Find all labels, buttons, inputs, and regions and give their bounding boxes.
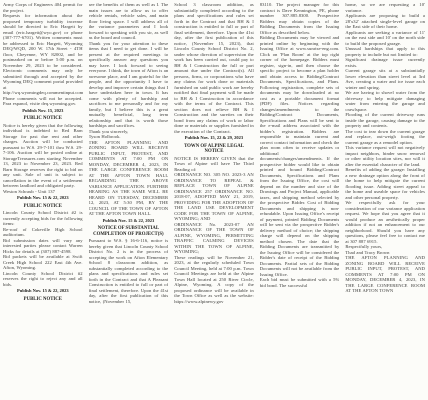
notice-column-5: home, so we are requesting a 10' varianc… xyxy=(345,2,425,398)
notice-paragraph: This variance request will not negativel… xyxy=(345,145,425,167)
notice-paragraph: Thank you for your attention to these it… xyxy=(89,41,169,129)
notice-column-4: 83110. The project manager for this cont… xyxy=(260,2,340,398)
notice-paragraph: We respectfully ask for your considerati… xyxy=(345,200,425,244)
notice-heading: PUBLIC NOTICE xyxy=(3,297,83,303)
notice-column-2: see the benefits of them as well as I. T… xyxy=(89,2,169,398)
notice-heading: TOWN OF ALPINE LEGAL NOTICE xyxy=(174,144,254,155)
notice-paragraph: Applicants are proposing to build a 28'x… xyxy=(345,13,425,30)
notice-heading: PUBLIC NOTICE xyxy=(3,116,83,122)
notice-paragraph: Bidding Documents may be viewed and prin… xyxy=(260,35,340,277)
notice-paragraph: School 3 classroom addition, as substant… xyxy=(174,2,254,134)
notice-paragraph: Weston Schraub - Unit 137 xyxy=(3,189,83,195)
notice-paragraph: 83110. The project manager for this cont… xyxy=(260,2,340,35)
notice-paragraph: The cost to tear down the current garage… xyxy=(345,129,425,146)
notice-paragraph: Requests for information about the propo… xyxy=(3,13,83,107)
notice-paragraph: Re-roof of Cokeville High School auditor… xyxy=(3,227,83,238)
notice-paragraph: Current garage sits at a substantially l… xyxy=(345,68,425,90)
notice-paragraph: Bid packets will be available at Swift C… xyxy=(3,254,83,271)
notice-paragraph: These readings will be November 21, 2023… xyxy=(174,255,254,305)
notice-paragraph: NOTICE IS HEREBY GIVEN that the Town of … xyxy=(174,156,254,173)
notice-paragraph: We are having to shovel water from the d… xyxy=(345,90,425,112)
notice-paragraph: Lincoln County School District #2 is cur… xyxy=(3,210,83,227)
notice-paragraph: Significant drainage issue currently exi… xyxy=(345,57,425,68)
notice-paragraph: Applicants are seeking a variance of 11'… xyxy=(345,30,425,47)
notice-heading: PUBLIC NOTICE xyxy=(3,204,83,210)
notice-paragraph: THE AFTON PLANNING AND ZONING BOARD WILL… xyxy=(345,255,425,294)
notice-paragraph: Notice is hereby given that the followin… xyxy=(3,123,83,189)
notice-paragraph: ORDINANCE No. 2023-07 AN ORDINANCE OF TH… xyxy=(174,222,254,255)
notice-paragraph: ORDINANCE NO. 305 NO. 2023-3 AN ORDINANC… xyxy=(174,172,254,222)
notice-paragraph: Bid submission dates will vary any inter… xyxy=(3,238,83,255)
notice-paragraph: Benefits of adding the garage: Installin… xyxy=(345,167,425,200)
notice-paragraph: Each bid must be submitted with a 5% bid… xyxy=(260,277,340,288)
notice-paragraph: Lincoln County School District #2 reserv… xyxy=(3,271,83,288)
publish-date-line: Publish Nov. 15, 22 & 29, 2023 xyxy=(174,135,254,141)
newspaper-public-notices-page: Army Corps of Engineers 404 permit for t… xyxy=(0,0,428,400)
notice-paragraph: Flooding of the current driveway runs in… xyxy=(345,112,425,129)
notice-paragraph: home, so we are requesting a 10' varianc… xyxy=(345,2,425,13)
publish-date-line: Publish Nov. 15 & 22, 2023 xyxy=(89,218,169,224)
publish-date-line: Publish Nov. 15 & 22, 2023 xyxy=(3,288,83,294)
notice-paragraph: Army Corps of Engineers 404 permit for t… xyxy=(3,2,83,13)
notice-column-1: Army Corps of Engineers 404 permit for t… xyxy=(3,2,83,398)
notice-paragraph: Unusual hardships that apply to this pro… xyxy=(345,46,425,57)
publish-date-line: Publish Nov. 15, 2023 xyxy=(3,108,83,114)
notice-column-3: School 3 classroom addition, as substant… xyxy=(174,2,254,398)
notice-paragraph: see the benefits of them as well as I. T… xyxy=(89,2,169,41)
notice-paragraph: Pursuant to W.S. § 16-6-116, notice is h… xyxy=(89,238,169,304)
notice-paragraph: THE AFTON PLANNING AND ZONING BOARD WILL… xyxy=(89,140,169,217)
notice-heading: NOTICE OF SUBSTANTIAL COMPLETION OF PROJ… xyxy=(89,226,169,237)
publish-date-line: Publish Nov. 15 & 22, 2023 xyxy=(3,195,83,201)
